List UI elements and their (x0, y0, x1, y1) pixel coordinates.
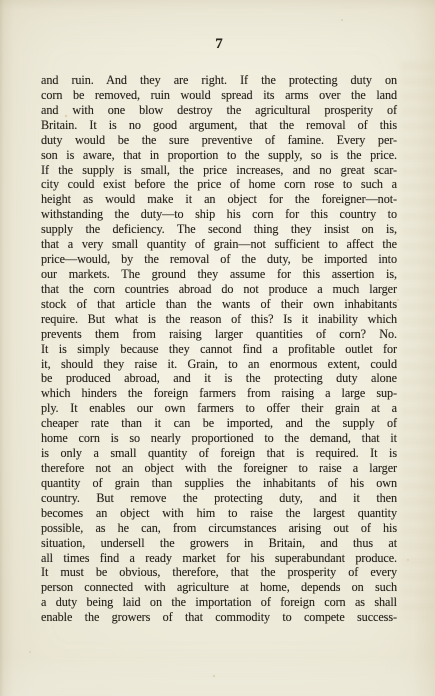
text-line: and with one blow destroy the agricultur… (41, 103, 397, 118)
text-line: son is aware, that in proportion to the … (41, 148, 397, 163)
text-line: be produced abroad, and it is the protec… (41, 371, 397, 386)
text-line: it, should they raise it. Grain, to an e… (41, 357, 397, 372)
text-line: price—would, by the removal of the duty,… (41, 252, 397, 267)
text-line: our markets. The ground they assume for … (41, 267, 397, 282)
text-line: Britain. It is no good argument, that th… (41, 118, 397, 133)
text-line: quantity of grain than supplies the inha… (41, 476, 397, 491)
text-line: require. But what is the reason of this?… (41, 312, 397, 327)
text-line: duty would be the sure preventive of fam… (41, 133, 397, 148)
text-line: It is simply because they cannot find a … (41, 342, 397, 357)
text-line: stock of that article than the wants of … (41, 297, 397, 312)
body-text-block: and ruin. And they are right. If the pro… (41, 73, 397, 625)
text-line: prevents them from raising larger quanti… (41, 327, 397, 342)
text-line: cheaper rate than it can be imported, an… (41, 416, 397, 431)
text-line: and ruin. And they are right. If the pro… (41, 73, 397, 88)
text-line: enable the growers of that commodity to … (41, 610, 397, 625)
text-line: possible, as he can, from circumstances … (41, 521, 397, 536)
text-line: If the supply is small, the price increa… (41, 163, 397, 178)
text-line: that a very small quantity of grain—not … (41, 237, 397, 252)
text-line: ply. It enables our own farmers to offer… (41, 401, 397, 416)
text-line: supply the deficiency. The second thing … (41, 222, 397, 237)
text-line: all times find a ready market for his su… (41, 551, 397, 566)
text-line: It must be obvious, therefore, that the … (41, 565, 397, 580)
text-line: that the corn countries abroad do not pr… (41, 282, 397, 297)
text-line: city could exist before the price of hom… (41, 177, 397, 192)
text-line: becomes an object with him to raise the … (41, 506, 397, 521)
text-line: is only a small quantity of foreign that… (41, 446, 397, 461)
text-line: a duty being laid on the importation of … (41, 595, 397, 610)
book-page-scan: 7 and ruin. And they are right. If the p… (0, 0, 435, 696)
text-line: corn be removed, ruin would spread its a… (41, 88, 397, 103)
text-line: withstanding the duty—to ship his corn f… (41, 207, 397, 222)
text-line: situation, undersell the growers in Brit… (41, 536, 397, 551)
text-line: height as would make it an object for th… (41, 192, 397, 207)
text-line: therefore not an object with the foreign… (41, 461, 397, 476)
text-line: home corn is so nearly proportioned to t… (41, 431, 397, 446)
text-line: country. But remove the protecting duty,… (41, 491, 397, 506)
text-line: person connected with agriculture at hom… (41, 580, 397, 595)
page-number: 7 (41, 36, 397, 53)
text-line: which hinders the foreign farmers from r… (41, 386, 397, 401)
